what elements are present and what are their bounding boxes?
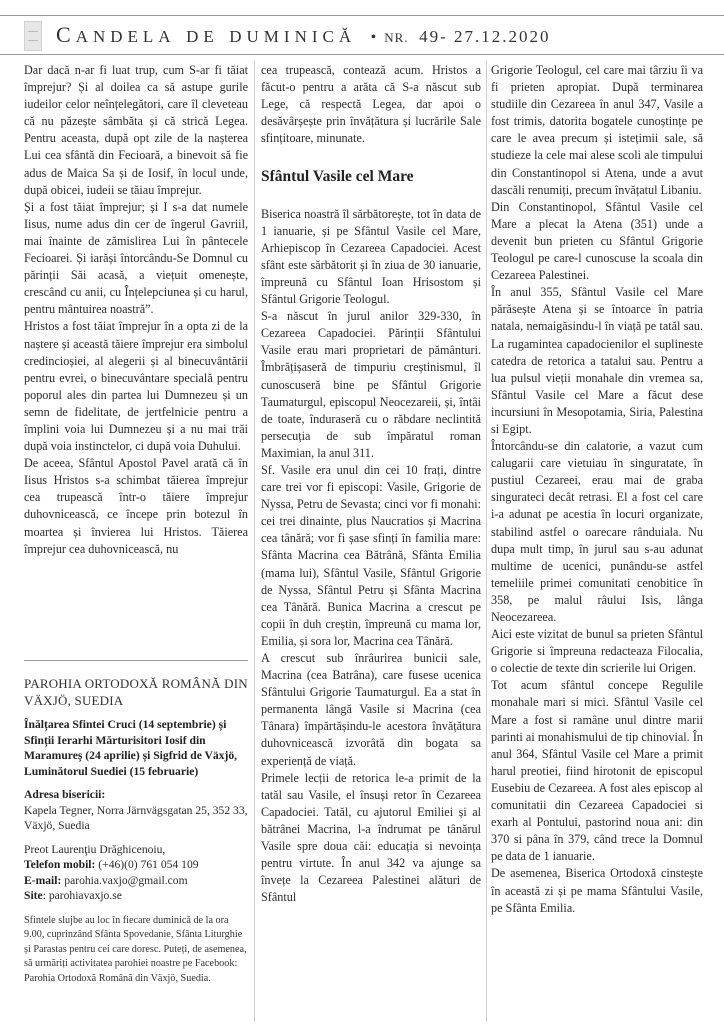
paragraph: Și a fost tăiat împrejur; și I s-a dat n… <box>24 199 248 319</box>
parish-info-box: PAROHIA ORTODOXĂ ROMÂNĂ DIN VÄXJÖ, SUEDI… <box>24 660 248 986</box>
paragraph: Aici este vizitat de bunul sa prieten Sf… <box>491 626 703 677</box>
paragraph: De aceea, Sfântul Apostol Pavel arată că… <box>24 455 248 558</box>
paragraph: Hristos a fost tăiat împrejur în a opta … <box>24 318 248 455</box>
address-value: Kapela Tegner, Norra Järnvägsgatan 25, 3… <box>24 803 248 834</box>
paragraph: De asemenea, Biserica Ortodoxă cinstește… <box>491 865 703 916</box>
issue-number-date: 49- 27.12.2020 <box>419 27 550 46</box>
paragraph: S-a născut în jurul anilor 329-330, în C… <box>261 308 481 462</box>
parish-emblem-icon <box>24 21 42 51</box>
column-3: Grigorie Teologul, cel care mai târziu î… <box>491 62 703 917</box>
paragraph: Primele lecții de retorica le-a primit d… <box>261 770 481 907</box>
priest-name: Preot Laurenţiu Drăghicenoiu, <box>24 842 248 858</box>
newsletter-title: Candela de duminică •nr. 49- 27.12.2020 <box>56 22 550 48</box>
title-initial: C <box>56 22 76 47</box>
column-1: Dar dacă n-ar fi luat trup, cum S-ar fi … <box>24 62 248 558</box>
phone-value: (+46)(0) 761 054 109 <box>98 858 198 871</box>
issue-prefix: nr. <box>384 30 408 45</box>
article-heading: Sfântul Vasile cel Mare <box>261 168 481 185</box>
paragraph: Din Constantinopol, Sfântul Vasile cel M… <box>491 199 703 284</box>
column-2: cea trupească, contează acum. Hristos a … <box>261 62 481 906</box>
paragraph: cea trupească, contează acum. Hristos a … <box>261 62 481 147</box>
phone-line: Telefon mobil: (+46)(0) 761 054 109 <box>24 857 248 873</box>
paragraph: Biserica noastră îl sărbătorește, tot în… <box>261 206 481 309</box>
email-line: E-mail: parohia.vaxjo@gmail.com <box>24 873 248 889</box>
phone-label: Telefon mobil: <box>24 858 95 871</box>
site-label: Site <box>24 889 43 902</box>
paragraph: Întorcându-se din calatorie, a vazut cum… <box>491 438 703 626</box>
email-label: E-mail: <box>24 874 61 887</box>
site-link[interactable]: parohiavaxjo.se <box>49 889 122 902</box>
column-divider <box>254 60 255 1022</box>
parish-title: PAROHIA ORTODOXĂ ROMÂNĂ DIN VÄXJÖ, SUEDI… <box>24 675 248 709</box>
paragraph: Tot acum sfântul concepe Regulile monaha… <box>491 677 703 865</box>
address-label: Adresa bisericii: <box>24 787 248 803</box>
site-line: Site: parohiavaxjo.se <box>24 888 248 904</box>
email-link[interactable]: parohia.vaxjo@gmail.com <box>64 874 187 887</box>
contact-block: Preot Laurenţiu Drăghicenoiu, Telefon mo… <box>24 842 248 904</box>
paragraph: Sf. Vasile era unul din cei 10 frați, di… <box>261 462 481 650</box>
title-word-2: de <box>186 27 219 46</box>
service-note: Sfintele slujbe au loc în fiecare dumini… <box>24 914 248 986</box>
parish-patrons: Înălțarea Sfintei Cruci (14 septembrie) … <box>24 717 248 779</box>
column-divider <box>486 60 487 1022</box>
paragraph: În anul 355, Sfântul Vasile cel Mare păr… <box>491 284 703 438</box>
title-separator: • <box>371 29 377 46</box>
paragraph: A crescut sub înrâurirea bunicii sale, M… <box>261 650 481 770</box>
paragraph: Grigorie Teologul, cel care mai târziu î… <box>491 62 703 199</box>
church-address: Adresa bisericii: Kapela Tegner, Norra J… <box>24 787 248 834</box>
paragraph: Dar dacă n-ar fi luat trup, cum S-ar fi … <box>24 62 248 199</box>
title-word-1: andela <box>76 27 176 46</box>
masthead: Candela de duminică •nr. 49- 27.12.2020 <box>0 15 724 55</box>
title-word-3: duminică <box>229 27 356 46</box>
